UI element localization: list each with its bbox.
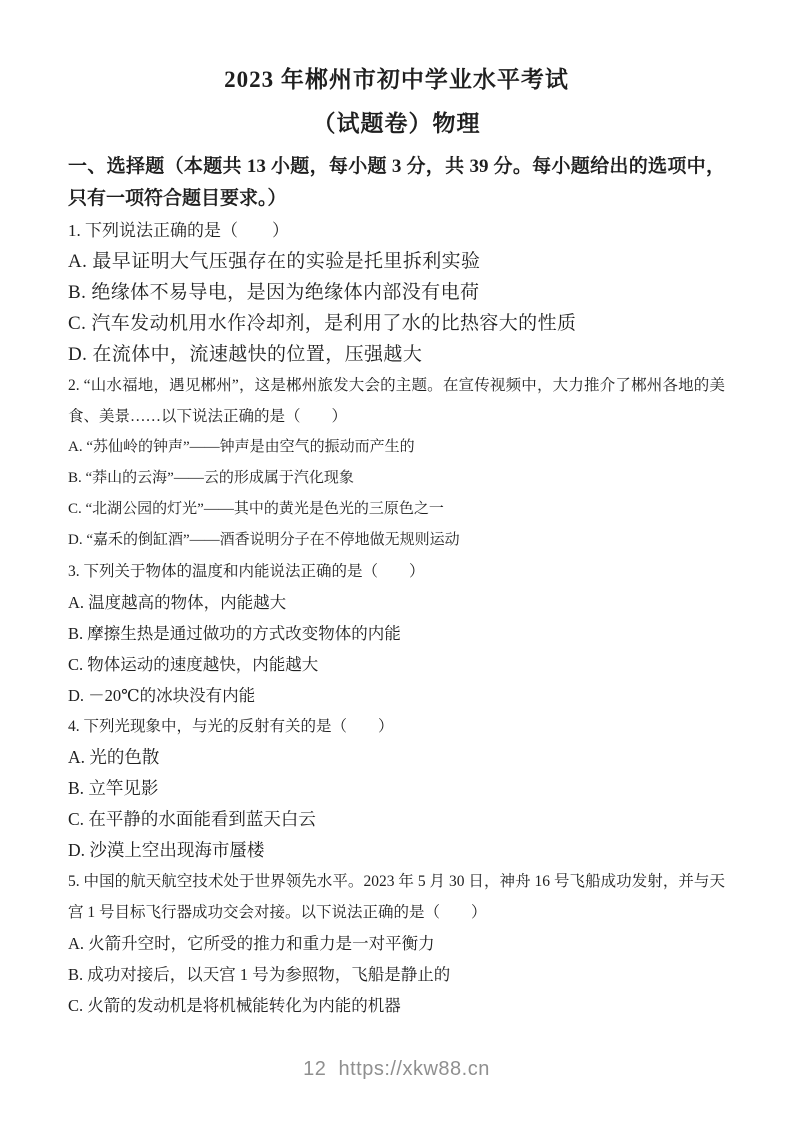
question-4-option-c: C. 在平静的水面能看到蓝天白云 [68,804,725,835]
question-1-option-a: A. 最早证明大气压强存在的实验是托里拆利实验 [68,246,725,277]
question-2-stem: 2. “山水福地，遇见郴州”，这是郴州旅发大会的主题。在宣传视频中，大力推介了郴… [68,370,725,432]
question-3-option-c: C. 物体运动的速度越快，内能越大 [68,649,725,680]
question-3-option-b: B. 摩擦生热是通过做功的方式改变物体的内能 [68,618,725,649]
page-footer: 12 https://xkw88.cn [0,1058,793,1081]
page-number: 12 [303,1058,326,1080]
section-header: 一、选择题（本题共 13 小题，每小题 3 分，共 39 分。每小题给出的选项中… [68,151,725,215]
question-5: 5. 中国的航天航空技术处于世界领先水平。2023 年 5 月 30 日，神舟 … [68,866,725,1021]
question-3: 3. 下列关于物体的温度和内能说法正确的是（ ） A. 温度越高的物体，内能越大… [68,556,725,711]
question-5-option-b: B. 成功对接后，以天宫 1 号为参照物，飞船是静止的 [68,959,725,990]
exam-title: 2023 年郴州市初中学业水平考试 [68,64,725,96]
question-4-option-b: B. 立竿见影 [68,773,725,804]
question-5-stem: 5. 中国的航天航空技术处于世界领先水平。2023 年 5 月 30 日，神舟 … [68,866,725,928]
question-1-option-b: B. 绝缘体不易导电，是因为绝缘体内部没有电荷 [68,277,725,308]
exam-subtitle: （试题卷）物理 [68,108,725,140]
question-1-stem: 1. 下列说法正确的是（ ） [68,215,725,246]
question-3-option-d: D. －20℃的冰块没有内能 [68,680,725,711]
question-2-option-a: A. “苏仙岭的钟声”——钟声是由空气的振动而产生的 [68,432,725,463]
question-1: 1. 下列说法正确的是（ ） A. 最早证明大气压强存在的实验是托里拆利实验 B… [68,215,725,370]
question-2-option-b: B. “莽山的云海”——云的形成属于汽化现象 [68,463,725,494]
question-5-option-a: A. 火箭升空时，它所受的推力和重力是一对平衡力 [68,928,725,959]
question-2-option-c: C. “北湖公园的灯光”——其中的黄光是色光的三原色之一 [68,494,725,525]
question-4-option-a: A. 光的色散 [68,742,725,773]
question-3-stem: 3. 下列关于物体的温度和内能说法正确的是（ ） [68,556,725,587]
question-4: 4. 下列光现象中，与光的反射有关的是（ ） A. 光的色散 B. 立竿见影 C… [68,711,725,866]
question-1-option-d: D. 在流体中，流速越快的位置，压强越大 [68,339,725,370]
question-3-option-a: A. 温度越高的物体，内能越大 [68,587,725,618]
exam-paper-page: 2023 年郴州市初中学业水平考试 （试题卷）物理 一、选择题（本题共 13 小… [0,0,793,1122]
question-5-option-c: C. 火箭的发动机是将机械能转化为内能的机器 [68,990,725,1021]
question-2: 2. “山水福地，遇见郴州”，这是郴州旅发大会的主题。在宣传视频中，大力推介了郴… [68,370,725,556]
question-1-option-c: C. 汽车发动机用水作冷却剂，是利用了水的比热容大的性质 [68,308,725,339]
question-4-stem: 4. 下列光现象中，与光的反射有关的是（ ） [68,711,725,742]
question-2-option-d: D. “嘉禾的倒缸酒”——酒香说明分子在不停地做无规则运动 [68,525,725,556]
question-4-option-d: D. 沙漠上空出现海市蜃楼 [68,835,725,866]
watermark-url: https://xkw88.cn [338,1058,489,1080]
